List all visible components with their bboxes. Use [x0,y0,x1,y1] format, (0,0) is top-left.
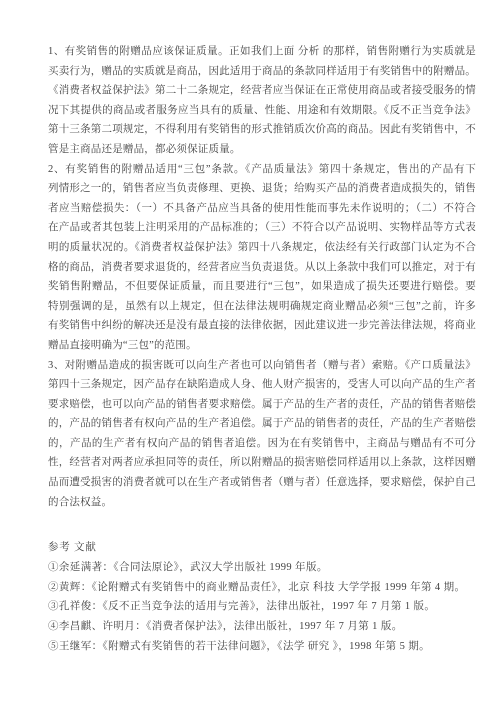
paragraph-2-line-2: 列情形之一的，销售者应当负责修理、更换、退货；给购买产品的消费者造成损失的，销售 [48,179,476,199]
paragraph-1-line-2: 买卖行为，赠品的实质就是商品，因此适用于商品的条款同样适用于有奖销售中的附赠品。 [48,62,476,82]
paragraph-3-line-6: 性，经营者对两者应承担同等的责任，所以附赠品的损害赔偿同样适用以上条款，这样因赠 [48,453,476,473]
reference-item-4: ④李昌麒、许明月：《消费者保护法》，法律出版社，1997 年 7 月第 1 版。 [48,617,488,637]
reference-item-5: ⑤王继军：《附赠式有奖销售的若干法律问题》，《法学 研究 》，1998 年第 5… [48,637,488,657]
paragraph-3-line-1: 3、对附赠品造成的损害既可以向生产者也可以向销售者（赠与者）索赔。《产口质量法》 [48,356,476,376]
paragraph-3-line-7: 品而遭受损害的消费者就可以在生产者或销售者（赠与者）任意选择，要求赔偿，保护自己 [48,473,476,493]
reference-item-3: ③孔祥俊：《反不正当竞争法的适用与完善》，法律出版社，1997 年 7 月第 1… [48,597,488,617]
paragraph-2-line-1: 2、有奖销售的附赠品适用“三包”条款。《产品质量法》第四十条规定，售出的产品有下 [48,160,476,180]
paragraph-2-line-8: 特别强调的是，虽然有以上规定，但在法律法规明确规定商业赠品必须“三包”之前，许多 [48,297,476,317]
paragraph-3-line-8: 的合法权益。 [48,493,476,513]
article-body: 1、有奖销售的附赠品应该保证质量。正如我们上面 分析 的那样，销售附赠行为实质就… [48,42,476,512]
paragraph-2-line-6: 格的商品，消费者要求退货的，经营者应当负责退货。从以上条款中我们可以推定，对于有 [48,258,476,278]
paragraph-1-line-6: 管是主商品还是赠品，都必须保证质量。 [48,140,476,160]
paragraph-1-line-5: 第十三条第二项规定，不得利用有奖销售的形式推销质次价高的商品。因此有奖销售中，不 [48,120,476,140]
paragraph-2-line-9: 有奖销售中纠纷的解决还是没有最直接的法律依据，因此建议进一步完善法律法规，将商业 [48,316,476,336]
paragraph-3-line-2: 第四十三条规定，因产品存在缺陷造成人身、他人财产损害的，受害人可以向产品的生产者 [48,375,476,395]
reference-item-1: ①余延满著：《合同法原论》，武汉大学出版社 1999 年版。 [48,558,488,578]
references-list: ①余延满著：《合同法原论》，武汉大学出版社 1999 年版。②黄辉：《论附赠式有… [48,558,488,657]
paragraph-1-line-1: 1、有奖销售的附赠品应该保证质量。正如我们上面 分析 的那样，销售附赠行为实质就… [48,42,476,62]
paragraph-1-line-3: 《消费者权益保护法》第二十二条规定，经营者应当保证在正常使用商品或者接受服务的情 [48,81,476,101]
paragraph-3-line-4: 的，产品的销售者有权向产品的生产者追偿。属于产品的销售者的责任，产品的生产者赔偿 [48,414,476,434]
paragraph-1-line-4: 况下其提供的商品或者服务应当具有的质量、性能、用途和有效期限。《反不正当竞争法》 [48,101,476,121]
references-section: 参考 文献 ①余延满著：《合同法原论》，武汉大学出版社 1999 年版。②黄辉：… [48,538,488,657]
paragraph-2-line-3: 者应当赔偿损失：（一）不具备产品应当具备的使用性能而事先未作说明的；（二）不符合 [48,199,476,219]
reference-item-2: ②黄辉：《论附赠式有奖销售中的商业赠品责任》，北京 科技 大学学报 1999 年… [48,578,488,598]
paragraph-2-line-5: 明的质量状况的。《消费者权益保护法》第四十八条规定，依法经有关行政部门认定为不合 [48,238,476,258]
paragraph-2-line-4: 在产品或者其包装上注明采用的产品标准的；（三）不符合以产品说明、实物样品等方式表 [48,218,476,238]
document-page: 1、有奖销售的附赠品应该保证质量。正如我们上面 分析 的那样，销售附赠行为实质就… [0,0,500,707]
paragraph-3-line-3: 要求赔偿，也可以向产品的销售者要求赔偿。属于产品的生产者的责任，产品的销售者赔偿 [48,395,476,415]
paragraph-2-line-10: 赠品直接明确为“三包”的范围。 [48,336,476,356]
references-heading: 参考 文献 [48,538,488,558]
paragraph-3-line-5: 的，产品的生产者有权向产品的销售者追偿。因为在有奖销售中，主商品与赠品有不可分 [48,434,476,454]
paragraph-2-line-7: 奖销售附赠品，不但要保证质量，而且要进行“三包”，如果造成了损失还要进行赔偿。要 [48,277,476,297]
